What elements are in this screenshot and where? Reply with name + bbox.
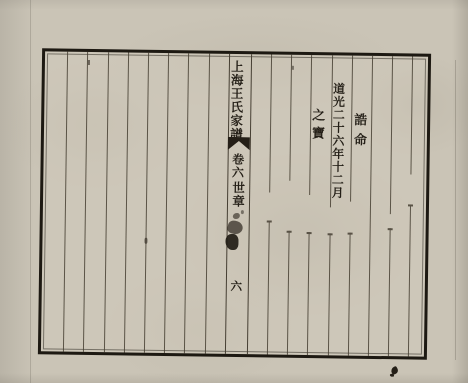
ink-speck bbox=[88, 60, 90, 65]
page-number: 六 bbox=[229, 280, 241, 292]
printed-text-frame: 上海王氏家譜 卷六 世章 六 誥命 道光二十六年十二月 之寶 bbox=[38, 48, 431, 359]
ink-blot bbox=[390, 366, 399, 375]
ink-speck bbox=[144, 238, 147, 244]
volume-label: 卷六 bbox=[231, 153, 243, 179]
seal-text: 之寶 bbox=[311, 108, 325, 144]
ink-speck bbox=[292, 66, 294, 70]
ink-smudge bbox=[241, 210, 244, 214]
edict-heading: 誥命 bbox=[353, 113, 367, 153]
fishtail-icon bbox=[228, 137, 250, 152]
scanned-genealogy-page: 上海王氏家譜 卷六 世章 六 誥命 道光二十六年十二月 之寶 bbox=[0, 0, 468, 383]
page-crease bbox=[30, 0, 31, 383]
ink-smudge bbox=[225, 234, 238, 250]
edict-date: 道光二十六年十二月 bbox=[331, 82, 345, 199]
book-title: 上海王氏家譜 bbox=[229, 60, 243, 141]
section-label: 世章 bbox=[231, 181, 244, 208]
page-edge-shadow bbox=[455, 60, 456, 360]
